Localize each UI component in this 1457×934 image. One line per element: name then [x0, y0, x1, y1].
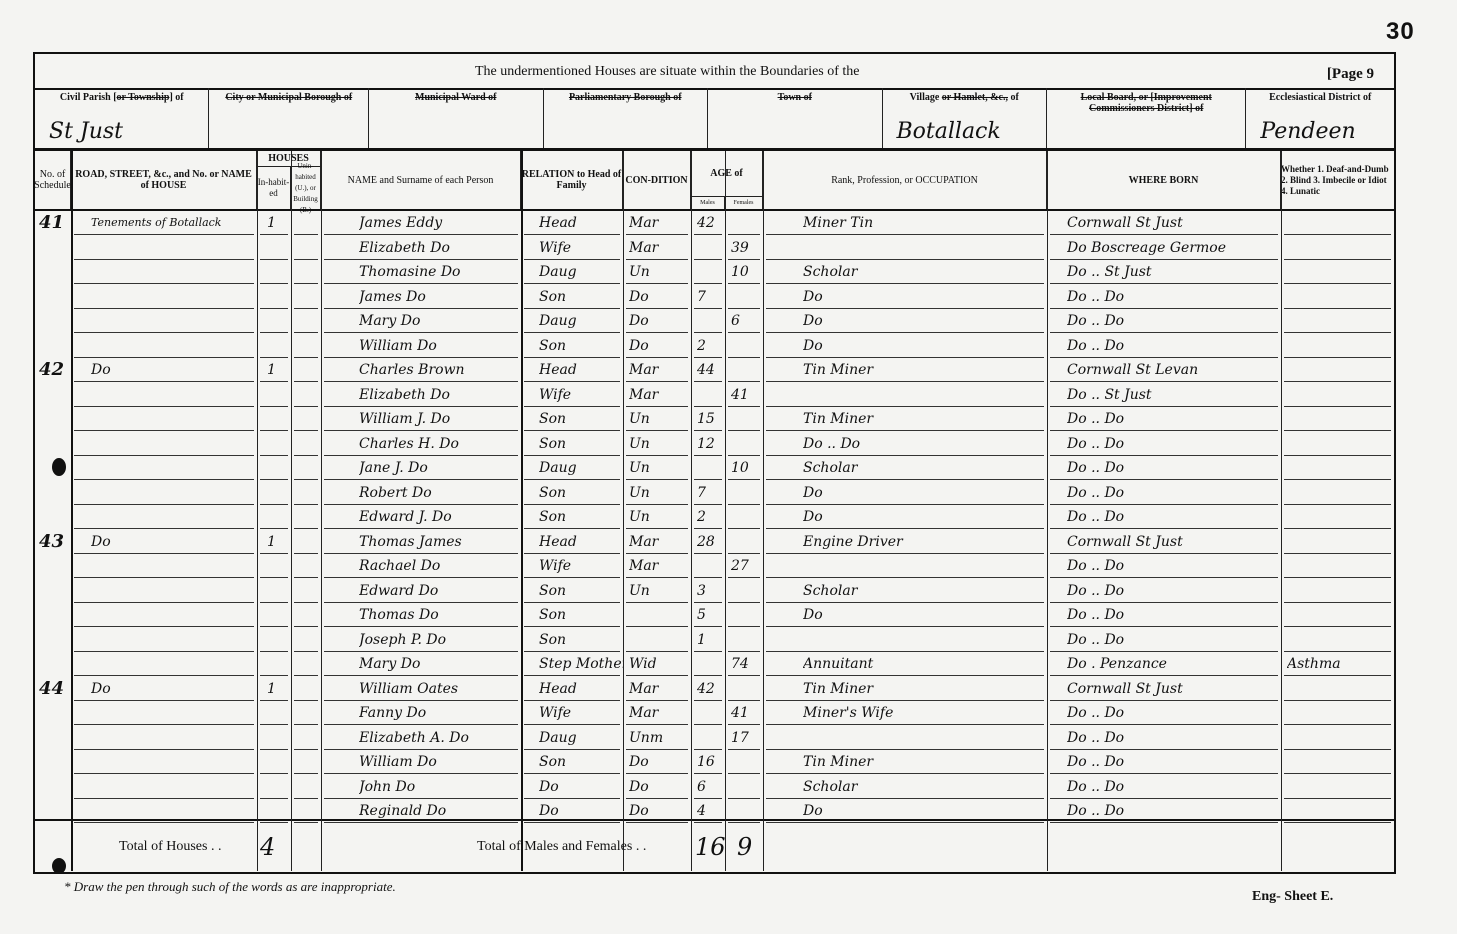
- cell-where-born: Do .. Do: [1067, 481, 1281, 506]
- cell-occupation: Do: [803, 309, 1047, 334]
- cell-inhabited: [267, 750, 291, 775]
- cell-relation: Wife: [539, 554, 623, 579]
- cell-name: Jane J. Do: [359, 456, 521, 481]
- cell-inhabited: [267, 726, 291, 751]
- table-row: Jane J. DoDaugUn10ScholarDo .. Do: [35, 456, 1394, 481]
- cell-road: [91, 701, 257, 726]
- header-condition: CON-DITION: [623, 151, 691, 209]
- boundary-area: Civil Parish [or Township] ofSt Just: [35, 88, 209, 148]
- cell-age-female: [731, 334, 763, 359]
- footnote: * Draw the pen through such of the words…: [64, 879, 396, 895]
- header-males: Males: [691, 197, 725, 209]
- column-divider: [291, 151, 292, 871]
- cell-inhabited: [267, 334, 291, 359]
- cell-name: Charles Brown: [359, 358, 521, 383]
- cell-schedule: [39, 628, 71, 653]
- cell-where-born: Do Boscreage Germoe: [1067, 236, 1281, 261]
- cell-where-born: Do .. Do: [1067, 603, 1281, 628]
- cell-relation: Head: [539, 358, 623, 383]
- cell-condition: Un: [629, 481, 691, 506]
- cell-inhabited: 1: [267, 530, 291, 555]
- cell-condition: Do: [629, 309, 691, 334]
- cell-inhabited: [267, 260, 291, 285]
- cell-relation: Son: [539, 750, 623, 775]
- boundary-area: Municipal Ward of: [369, 88, 543, 148]
- cell-where-born: Do .. St Just: [1067, 260, 1281, 285]
- cell-occupation: Do: [803, 603, 1047, 628]
- cell-where-born: Do .. Do: [1067, 775, 1281, 800]
- cell-condition: Mar: [629, 677, 691, 702]
- cell-infirmity: [1287, 432, 1394, 457]
- cell-relation: Son: [539, 603, 623, 628]
- column-divider: [1047, 151, 1048, 871]
- cell-schedule: 42: [39, 358, 71, 383]
- cell-age-female: [731, 530, 763, 555]
- cell-age-male: 16: [697, 750, 725, 775]
- cell-inhabited: [267, 309, 291, 334]
- cell-infirmity: [1287, 383, 1394, 408]
- cell-relation: Son: [539, 285, 623, 310]
- boundary-area: Parliamentary Borough of: [544, 88, 709, 148]
- cell-inhabited: [267, 554, 291, 579]
- cell-name: William Do: [359, 750, 521, 775]
- cell-schedule: [39, 750, 71, 775]
- header-uninhabited: Unin-habited (U.), or Building (B.): [291, 167, 321, 209]
- cell-occupation: Scholar: [803, 260, 1047, 285]
- cell-age-female: [731, 358, 763, 383]
- cell-age-female: [731, 750, 763, 775]
- cell-road: [91, 775, 257, 800]
- header-infirmity: Whether 1. Deaf-and-Dumb 2. Blind 3. Imb…: [1281, 151, 1394, 209]
- boundary-area-label: Civil Parish [or Township] of: [35, 88, 208, 103]
- cell-age-male: 3: [697, 579, 725, 604]
- cell-condition: Un: [629, 432, 691, 457]
- cell-age-male: [697, 456, 725, 481]
- cell-age-female: [731, 285, 763, 310]
- cell-road: [91, 750, 257, 775]
- cell-schedule: [39, 701, 71, 726]
- table-row: 41Tenements of Botallack1James EddyHeadM…: [35, 211, 1394, 236]
- column-divider: [321, 151, 322, 871]
- cell-name: Edward Do: [359, 579, 521, 604]
- cell-occupation: [803, 628, 1047, 653]
- cell-age-male: 7: [697, 285, 725, 310]
- header-age: AGE of: [691, 151, 763, 197]
- cell-name: Mary Do: [359, 309, 521, 334]
- table-row: Fanny DoWifeMar41Miner's WifeDo .. Do: [35, 701, 1394, 726]
- cell-relation: Wife: [539, 236, 623, 261]
- cell-infirmity: [1287, 481, 1394, 506]
- total-houses-value: 4: [260, 833, 275, 861]
- cell-schedule: [39, 603, 71, 628]
- cell-schedule: 43: [39, 530, 71, 555]
- cell-where-born: Do .. Do: [1067, 701, 1281, 726]
- cell-infirmity: [1287, 750, 1394, 775]
- cell-condition: Wid: [629, 652, 691, 677]
- cell-infirmity: [1287, 775, 1394, 800]
- cell-infirmity: [1287, 505, 1394, 530]
- cell-relation: Daug: [539, 260, 623, 285]
- table-row: William DoSonDo16Tin MinerDo .. Do: [35, 750, 1394, 775]
- cell-name: John Do: [359, 775, 521, 800]
- cell-road: [91, 481, 257, 506]
- cell-road: Do: [91, 358, 257, 383]
- cell-inhabited: [267, 603, 291, 628]
- cell-occupation: [803, 726, 1047, 751]
- cell-name: Robert Do: [359, 481, 521, 506]
- cell-road: [91, 285, 257, 310]
- cell-inhabited: [267, 432, 291, 457]
- cell-name: William Oates: [359, 677, 521, 702]
- cell-relation: Daug: [539, 456, 623, 481]
- cell-inhabited: [267, 456, 291, 481]
- cell-where-born: Do .. Do: [1067, 554, 1281, 579]
- cell-age-male: [697, 554, 725, 579]
- boundary-areas: Civil Parish [or Township] ofSt JustCity…: [35, 88, 1394, 151]
- cell-condition: Do: [629, 285, 691, 310]
- header-road: ROAD, STREET, &c., and No. or NAME of HO…: [71, 151, 257, 209]
- table-row: Mary DoStep MotherWid74AnnuitantDo . Pen…: [35, 652, 1394, 677]
- cell-schedule: [39, 309, 71, 334]
- cell-occupation: Scholar: [803, 775, 1047, 800]
- cell-inhabited: [267, 285, 291, 310]
- cell-occupation: Do: [803, 334, 1047, 359]
- column-divider: [71, 151, 73, 871]
- cell-name: Edward J. Do: [359, 505, 521, 530]
- cell-road: [91, 456, 257, 481]
- boundary-area: City or Municipal Borough of: [209, 88, 369, 148]
- cell-condition: [629, 603, 691, 628]
- cell-age-male: [697, 652, 725, 677]
- cell-infirmity: [1287, 726, 1394, 751]
- boundary-area-label: Ecclesiastical District of: [1246, 88, 1394, 103]
- cell-where-born: Do .. Do: [1067, 309, 1281, 334]
- table-row: Robert DoSonUn7DoDo .. Do: [35, 481, 1394, 506]
- cell-relation: Son: [539, 628, 623, 653]
- table-row: Thomas DoSon5DoDo .. Do: [35, 603, 1394, 628]
- cell-condition: Mar: [629, 701, 691, 726]
- cell-relation: Head: [539, 211, 623, 236]
- cell-name: James Eddy: [359, 211, 521, 236]
- ink-blot: [52, 458, 66, 476]
- cell-age-female: 41: [731, 701, 763, 726]
- sheet-number: 30: [1386, 18, 1415, 46]
- cell-where-born: Do .. Do: [1067, 334, 1281, 359]
- ink-blot: [52, 858, 66, 874]
- cell-condition: Do: [629, 775, 691, 800]
- cell-name: Mary Do: [359, 652, 521, 677]
- total-males-value: 16: [695, 833, 726, 861]
- cell-where-born: Do .. Do: [1067, 432, 1281, 457]
- cell-occupation: Tin Miner: [803, 407, 1047, 432]
- cell-condition: Mar: [629, 211, 691, 236]
- column-divider: [691, 151, 692, 871]
- cell-occupation: Annuitant: [803, 652, 1047, 677]
- cell-occupation: Do .. Do: [803, 432, 1047, 457]
- cell-age-male: 6: [697, 775, 725, 800]
- column-divider: [763, 151, 764, 871]
- cell-infirmity: [1287, 285, 1394, 310]
- header-females: Females: [725, 197, 763, 209]
- cell-infirmity: [1287, 530, 1394, 555]
- header-occupation: Rank, Profession, or OCCUPATION: [763, 151, 1047, 209]
- cell-occupation: [803, 236, 1047, 261]
- cell-name: William Do: [359, 334, 521, 359]
- cell-age-female: [731, 579, 763, 604]
- cell-schedule: [39, 383, 71, 408]
- header-inhabited: In-habit-ed: [257, 167, 291, 209]
- form-banner: The undermentioned Houses are situate wi…: [35, 54, 1394, 90]
- cell-where-born: Do .. Do: [1067, 285, 1281, 310]
- cell-name: Elizabeth Do: [359, 236, 521, 261]
- boundary-area: Village or Hamlet, &c., ofBotallack: [883, 88, 1048, 148]
- boundary-area-label: City or Municipal Borough of: [209, 88, 368, 103]
- cell-road: [91, 407, 257, 432]
- cell-relation: Head: [539, 677, 623, 702]
- cell-age-male: 42: [697, 677, 725, 702]
- cell-occupation: Do: [803, 285, 1047, 310]
- cell-occupation: Tin Miner: [803, 358, 1047, 383]
- cell-where-born: Do .. Do: [1067, 726, 1281, 751]
- boundary-area-value: Botallack: [897, 119, 1001, 144]
- boundary-area-label: Town of: [708, 88, 881, 103]
- table-row: 44Do1William OatesHeadMar42Tin MinerCorn…: [35, 677, 1394, 702]
- cell-age-female: [731, 432, 763, 457]
- table-row: 43Do1Thomas JamesHeadMar28Engine DriverC…: [35, 530, 1394, 555]
- cell-age-male: 44: [697, 358, 725, 383]
- cell-age-female: 27: [731, 554, 763, 579]
- cell-age-male: 5: [697, 603, 725, 628]
- cell-condition: Mar: [629, 383, 691, 408]
- cell-age-male: [697, 726, 725, 751]
- cell-relation: Son: [539, 505, 623, 530]
- cell-age-female: [731, 628, 763, 653]
- table-row: Edward DoSonUn3ScholarDo .. Do: [35, 579, 1394, 604]
- total-houses-label: Total of Houses . .: [119, 839, 221, 855]
- table-row: Elizabeth DoWifeMar39Do Boscreage Germoe: [35, 236, 1394, 261]
- cell-schedule: [39, 260, 71, 285]
- boundary-area: Ecclesiastical District ofPendeen: [1246, 88, 1394, 148]
- cell-inhabited: 1: [267, 211, 291, 236]
- cell-age-male: 28: [697, 530, 725, 555]
- cell-inhabited: [267, 652, 291, 677]
- cell-where-born: Cornwall St Just: [1067, 211, 1281, 236]
- cell-infirmity: [1287, 309, 1394, 334]
- cell-relation: Son: [539, 481, 623, 506]
- cell-road: [91, 628, 257, 653]
- cell-where-born: Do .. Do: [1067, 407, 1281, 432]
- cell-age-female: 10: [731, 260, 763, 285]
- total-persons-label: Total of Males and Females . .: [477, 839, 646, 855]
- cell-road: [91, 383, 257, 408]
- cell-where-born: Do .. Do: [1067, 750, 1281, 775]
- cell-relation: Step Mother: [539, 652, 623, 677]
- cell-infirmity: [1287, 677, 1394, 702]
- cell-inhabited: [267, 628, 291, 653]
- cell-occupation: Scholar: [803, 456, 1047, 481]
- cell-road: Do: [91, 530, 257, 555]
- cell-relation: Son: [539, 407, 623, 432]
- cell-schedule: 41: [39, 211, 71, 236]
- cell-age-male: 2: [697, 334, 725, 359]
- cell-road: [91, 652, 257, 677]
- cell-occupation: Scholar: [803, 579, 1047, 604]
- cell-where-born: Do .. Do: [1067, 579, 1281, 604]
- cell-condition: Un: [629, 505, 691, 530]
- cell-schedule: [39, 775, 71, 800]
- cell-infirmity: [1287, 236, 1394, 261]
- cell-name: Thomasine Do: [359, 260, 521, 285]
- table-row: Elizabeth A. DoDaugUnm17Do .. Do: [35, 726, 1394, 751]
- boundary-area: Local Board, or [Improvement Commissione…: [1047, 88, 1246, 148]
- cell-infirmity: [1287, 211, 1394, 236]
- cell-age-female: [731, 677, 763, 702]
- table-row: Edward J. DoSonUn2DoDo .. Do: [35, 505, 1394, 530]
- cell-age-female: [731, 481, 763, 506]
- header-where-born: WHERE BORN: [1047, 151, 1281, 209]
- cell-where-born: Cornwall St Just: [1067, 677, 1281, 702]
- cell-road: [91, 309, 257, 334]
- cell-age-female: 10: [731, 456, 763, 481]
- cell-road: [91, 579, 257, 604]
- table-row: Charles H. DoSonUn12Do .. DoDo .. Do: [35, 432, 1394, 457]
- boundary-area: Town of: [708, 88, 882, 148]
- cell-where-born: Cornwall St Just: [1067, 530, 1281, 555]
- cell-road: [91, 554, 257, 579]
- cell-occupation: Miner's Wife: [803, 701, 1047, 726]
- cell-relation: Son: [539, 579, 623, 604]
- cell-infirmity: Asthma: [1287, 652, 1394, 677]
- cell-infirmity: [1287, 579, 1394, 604]
- cell-occupation: Tin Miner: [803, 750, 1047, 775]
- cell-schedule: [39, 285, 71, 310]
- cell-relation: Do: [539, 775, 623, 800]
- cell-schedule: 44: [39, 677, 71, 702]
- cell-name: Joseph P. Do: [359, 628, 521, 653]
- cell-age-female: [731, 505, 763, 530]
- cell-name: James Do: [359, 285, 521, 310]
- cell-age-female: 74: [731, 652, 763, 677]
- cell-schedule: [39, 652, 71, 677]
- total-females-value: 9: [737, 833, 752, 861]
- cell-occupation: Miner Tin: [803, 211, 1047, 236]
- cell-schedule: [39, 334, 71, 359]
- cell-schedule: [39, 579, 71, 604]
- cell-age-female: [731, 211, 763, 236]
- cell-relation: Head: [539, 530, 623, 555]
- cell-road: [91, 432, 257, 457]
- table-row: Thomasine DoDaugUn10ScholarDo .. St Just: [35, 260, 1394, 285]
- cell-condition: Mar: [629, 530, 691, 555]
- cell-where-born: Do .. St Just: [1067, 383, 1281, 408]
- cell-name: Elizabeth A. Do: [359, 726, 521, 751]
- column-divider: [257, 151, 258, 871]
- cell-age-female: [731, 407, 763, 432]
- cell-road: Do: [91, 677, 257, 702]
- cell-infirmity: [1287, 407, 1394, 432]
- cell-where-born: Do .. Do: [1067, 456, 1281, 481]
- cell-age-female: 6: [731, 309, 763, 334]
- cell-road: Tenements of Botallack: [91, 211, 257, 236]
- cell-infirmity: [1287, 628, 1394, 653]
- cell-name: William J. Do: [359, 407, 521, 432]
- cell-inhabited: [267, 505, 291, 530]
- cell-inhabited: [267, 701, 291, 726]
- cell-infirmity: [1287, 358, 1394, 383]
- cell-schedule: [39, 432, 71, 457]
- column-divider: [725, 151, 726, 871]
- cell-infirmity: [1287, 456, 1394, 481]
- cell-age-male: [697, 309, 725, 334]
- cell-condition: Mar: [629, 236, 691, 261]
- cell-schedule: [39, 236, 71, 261]
- cell-age-male: 12: [697, 432, 725, 457]
- cell-name: Fanny Do: [359, 701, 521, 726]
- cell-inhabited: [267, 481, 291, 506]
- cell-occupation: [803, 383, 1047, 408]
- cell-schedule: [39, 407, 71, 432]
- cell-road: [91, 236, 257, 261]
- cell-occupation: Do: [803, 505, 1047, 530]
- cell-inhabited: [267, 579, 291, 604]
- boundary-area-label: Local Board, or [Improvement Commissione…: [1047, 88, 1245, 114]
- cell-age-female: [731, 603, 763, 628]
- cell-condition: Mar: [629, 554, 691, 579]
- cell-age-male: 15: [697, 407, 725, 432]
- header-schedule: No. of Schedule: [35, 151, 71, 209]
- table-row: James DoSonDo7DoDo .. Do: [35, 285, 1394, 310]
- cell-age-male: 2: [697, 505, 725, 530]
- cell-inhabited: [267, 775, 291, 800]
- cell-schedule: [39, 726, 71, 751]
- column-headers: No. of ScheduleROAD, STREET, &c., and No…: [35, 151, 1394, 211]
- form-title: The undermentioned Houses are situate wi…: [475, 64, 860, 80]
- cell-where-born: Do .. Do: [1067, 505, 1281, 530]
- cell-name: Elizabeth Do: [359, 383, 521, 408]
- page-indicator: [Page 9: [1327, 66, 1374, 83]
- cell-where-born: Cornwall St Levan: [1067, 358, 1281, 383]
- cell-schedule: [39, 505, 71, 530]
- cell-relation: Daug: [539, 726, 623, 751]
- cell-schedule: [39, 554, 71, 579]
- header-relation: RELATION to Head of Family: [521, 151, 623, 209]
- boundary-area-value: Pendeen: [1260, 119, 1355, 144]
- cell-relation: Daug: [539, 309, 623, 334]
- table-row: William J. DoSonUn15Tin MinerDo .. Do: [35, 407, 1394, 432]
- table-row: John DoDoDo6ScholarDo .. Do: [35, 775, 1394, 800]
- boundary-area-label: Parliamentary Borough of: [544, 88, 708, 103]
- cell-occupation: Tin Miner: [803, 677, 1047, 702]
- boundary-area-label: Village or Hamlet, &c., of: [883, 88, 1047, 103]
- cell-inhabited: [267, 383, 291, 408]
- cell-inhabited: [267, 407, 291, 432]
- table-row: Joseph P. DoSon1Do .. Do: [35, 628, 1394, 653]
- cell-condition: Un: [629, 456, 691, 481]
- column-divider: [1281, 151, 1282, 871]
- table-row: Mary DoDaugDo6DoDo .. Do: [35, 309, 1394, 334]
- cell-condition: Un: [629, 407, 691, 432]
- table-row: 42Do1Charles BrownHeadMar44Tin MinerCorn…: [35, 358, 1394, 383]
- cell-road: [91, 334, 257, 359]
- cell-infirmity: [1287, 260, 1394, 285]
- column-divider: [623, 151, 624, 871]
- cell-age-male: [697, 236, 725, 261]
- census-form: The undermentioned Houses are situate wi…: [33, 52, 1396, 874]
- cell-road: [91, 505, 257, 530]
- cell-name: Thomas Do: [359, 603, 521, 628]
- cell-relation: Wife: [539, 383, 623, 408]
- cell-name: Thomas James: [359, 530, 521, 555]
